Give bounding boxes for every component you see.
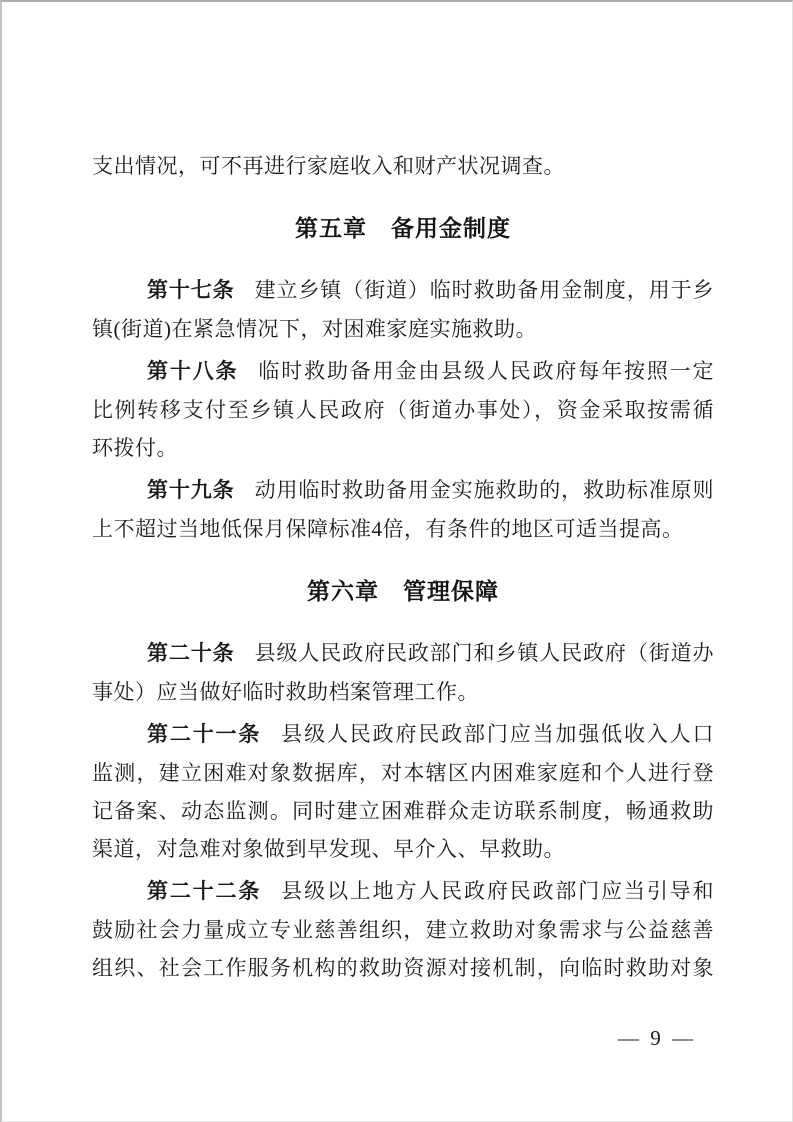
article-text: 县级以上地方人民政府民政部门应当引导和 <box>281 879 714 903</box>
article-line: 环拨付。 <box>92 429 714 467</box>
article-line: 第二十二条县级以上地方人民政府民政部门应当引导和 <box>92 872 714 911</box>
article-line: 第二十条县级人民政府民政部门和乡镇人民政府（街道办 <box>92 634 714 673</box>
article-line: 上不超过当地低保月保障标准4倍，有条件的地区可适当提高。 <box>92 510 714 548</box>
article-line: 鼓励社会力量成立专业慈善组织，建立救助对象需求与公益慈善 <box>92 911 714 949</box>
article-number: 第二十条 <box>147 642 235 665</box>
article-line: 镇(街道)在紧急情况下，对困难家庭实施救助。 <box>92 310 714 348</box>
article-number: 第二十二条 <box>147 880 261 903</box>
article-text: 临时救助备用金由县级人民政府每年按照一定 <box>258 359 714 383</box>
article-line: 渠道，对急难对象做到早发现、早介入、早救助。 <box>92 830 714 868</box>
article-line: 记备案、动态监测。同时建立困难群众走访联系制度，畅通救助 <box>92 792 714 830</box>
article-19: 第十九条动用临时救助备用金实施救助的，救助标准原则 上不超过当地低保月保障标准4… <box>92 471 714 548</box>
article-17: 第十七条建立乡镇（街道）临时救助备用金制度，用于乡 镇(街道)在紧急情况下，对困… <box>92 271 714 348</box>
article-20: 第二十条县级人民政府民政部门和乡镇人民政府（街道办 事处）应当做好临时救助档案管… <box>92 634 714 711</box>
article-text: 县级人民政府民政部门和乡镇人民政府（街道办 <box>255 641 714 665</box>
article-line: 事处）应当做好临时救助档案管理工作。 <box>92 673 714 711</box>
article-text: 动用临时救助备用金实施救助的，救助标准原则 <box>255 478 714 502</box>
article-21: 第二十一条县级人民政府民政部门应当加强低收入人口 监测，建立困难对象数据库，对本… <box>92 715 714 868</box>
article-line: 第十七条建立乡镇（街道）临时救助备用金制度，用于乡 <box>92 271 714 310</box>
page-number: — 9 — <box>618 1019 696 1057</box>
article-18: 第十八条临时救助备用金由县级人民政府每年按照一定 比例转移支付至乡镇人民政府（街… <box>92 352 714 467</box>
article-text: 建立乡镇（街道）临时救助备用金制度，用于乡 <box>255 278 714 302</box>
article-number: 第十八条 <box>147 360 238 383</box>
article-number: 第十七条 <box>147 279 235 302</box>
article-line: 第二十一条县级人民政府民政部门应当加强低收入人口 <box>92 715 714 754</box>
article-line: 比例转移支付至乡镇人民政府（街道办事处），资金采取按需循 <box>92 391 714 429</box>
article-text: 县级人民政府民政部门应当加强低收入人口 <box>281 722 714 746</box>
paragraph-continuation-line: 支出情况，可不再进行家庭收入和财产状况调查。 <box>92 147 714 185</box>
article-22: 第二十二条县级以上地方人民政府民政部门应当引导和 鼓励社会力量成立专业慈善组织，… <box>92 872 714 987</box>
article-number: 第二十一条 <box>147 723 261 746</box>
article-number: 第十九条 <box>147 479 235 502</box>
chapter-heading-6: 第六章 管理保障 <box>92 572 714 610</box>
article-line: 第十八条临时救助备用金由县级人民政府每年按照一定 <box>92 352 714 391</box>
article-line: 监测，建立困难对象数据库，对本辖区内困难家庭和个人进行登 <box>92 754 714 792</box>
article-line: 第十九条动用临时救助备用金实施救助的，救助标准原则 <box>92 471 714 510</box>
chapter-heading-5: 第五章 备用金制度 <box>92 209 714 247</box>
document-page: 支出情况，可不再进行家庭收入和财产状况调查。 第五章 备用金制度 第十七条建立乡… <box>0 0 793 1122</box>
article-line: 组织、社会工作服务机构的救助资源对接机制，向临时救助对象 <box>92 949 714 987</box>
